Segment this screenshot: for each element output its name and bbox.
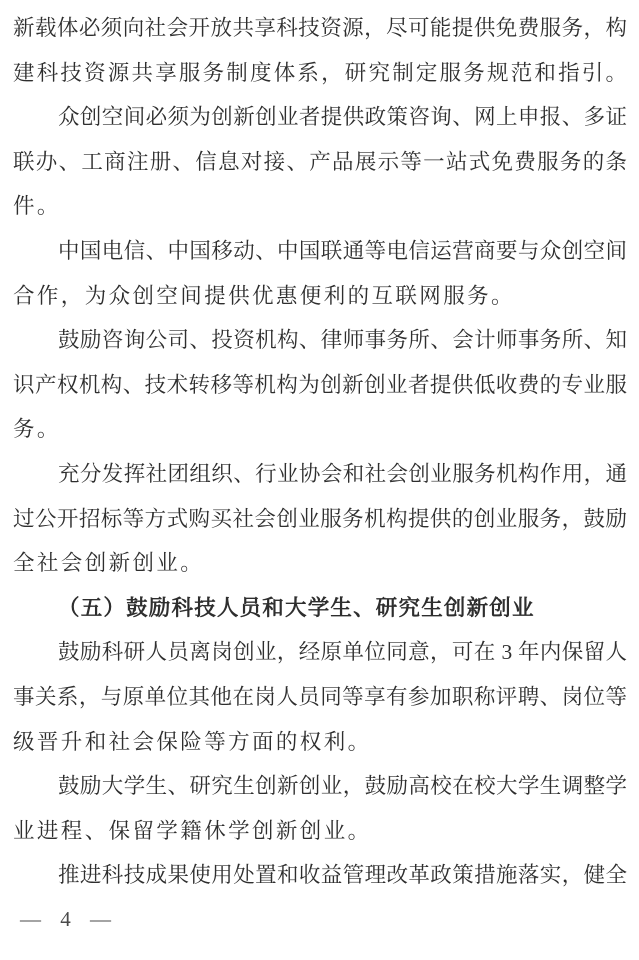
body-line: 级晋升和社会保险等方面的权利。 — [13, 720, 627, 765]
body-line: 鼓励大学生、研究生创新创业，鼓励高校在校大学生调整学 — [13, 764, 627, 809]
body-line: 建科技资源共享服务制度体系，研究制定服务规范和指引。 — [13, 51, 627, 96]
body-line: 识产权机构、技术转移等机构为创新创业者提供低收费的专业服 — [13, 363, 627, 408]
document-page: 新载体必须向社会开放共享科技资源，尽可能提供免费服务，构建科技资源共享服务制度体… — [0, 0, 639, 960]
body-line: 鼓励科研人员离岗创业，经原单位同意，可在 3 年内保留人 — [13, 630, 627, 675]
body-line: 中国电信、中国移动、中国联通等电信运营商要与众创空间 — [13, 229, 627, 274]
body-line: 务。 — [13, 407, 627, 452]
body-line: 过公开招标等方式购买社会创业服务机构提供的创业服务，鼓励 — [13, 497, 627, 542]
body-line: 业进程、保留学籍休学创新创业。 — [13, 809, 627, 854]
body-line: 鼓励咨询公司、投资机构、律师事务所、会计师事务所、知 — [13, 318, 627, 363]
body-line: 件。 — [13, 184, 627, 229]
body-line: 众创空间必须为创新创业者提供政策咨询、网上申报、多证 — [13, 95, 627, 140]
section-heading: （五）鼓励科技人员和大学生、研究生创新创业 — [13, 586, 627, 631]
body-line: 联办、工商注册、信息对接、产品展示等一站式免费服务的条 — [13, 140, 627, 185]
body-line: 推进科技成果使用处置和收益管理改革政策措施落实，健全 — [13, 853, 627, 898]
body-line: 新载体必须向社会开放共享科技资源，尽可能提供免费服务，构 — [13, 6, 627, 51]
body-line: 事关系，与原单位其他在岗人员同等享有参加职称评聘、岗位等 — [13, 675, 627, 720]
body-line: 全社会创新创业。 — [13, 541, 627, 586]
page-number: — 4 — — [20, 903, 116, 935]
body-line: 充分发挥社团组织、行业协会和社会创业服务机构作用，通 — [13, 452, 627, 497]
document-body: 新载体必须向社会开放共享科技资源，尽可能提供免费服务，构建科技资源共享服务制度体… — [13, 6, 627, 898]
body-line: 合作，为众创空间提供优惠便利的互联网服务。 — [13, 274, 627, 319]
